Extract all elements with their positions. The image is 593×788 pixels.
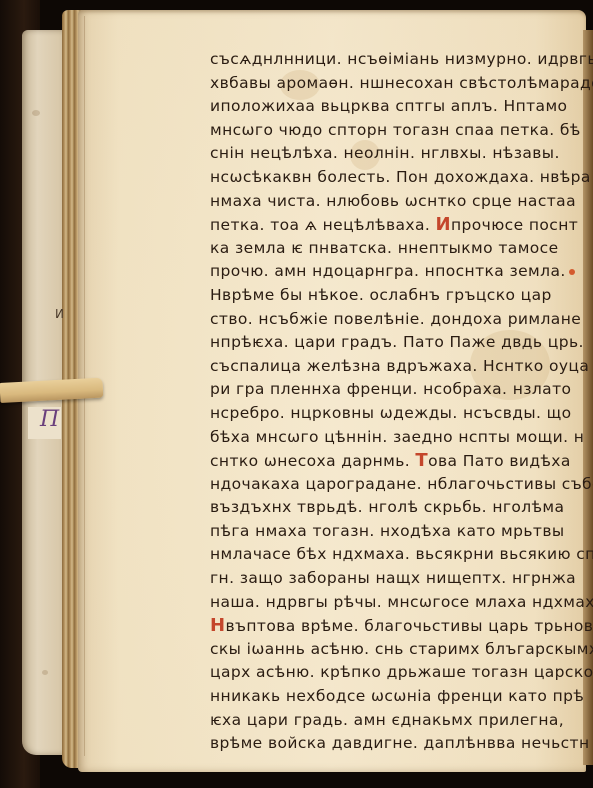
text-line: гн. защо забораны нащх нищептх. нгрнжа bbox=[210, 567, 570, 591]
text-line: ндочакаха цароградане. нблагочьстивы съб… bbox=[210, 473, 570, 497]
text-segment: прочюсе поснт bbox=[451, 216, 578, 234]
text-line: снін нецѣлѣха. неолнін. нглвхы. нѣзавы. bbox=[210, 142, 570, 166]
text-line: Нвъптова врѣме. благочьстивы царь трьнов bbox=[210, 614, 570, 638]
text-line: пѣга нмаха тогазн. нходѣха като мрьтвы bbox=[210, 520, 570, 544]
text-line: снтко ѡнесоха дарнмь. Това Пато видѣха bbox=[210, 449, 570, 473]
text-line: наша. ндрвгы рѣчы. мнсѡгосе млаха ндхмах… bbox=[210, 591, 570, 615]
text-line: иположихаа вьцрква сптгы аплъ. Нптамо bbox=[210, 95, 570, 119]
red-initial: Т bbox=[415, 450, 428, 471]
text-line: скы іѡаннь асѣню. снь старимх блъгарскым… bbox=[210, 638, 570, 662]
text-line: нникакь нехбодсе ѡсѡніа френци като прѣ bbox=[210, 685, 570, 709]
text-line: нпрѣѥха. цари градъ. Пато Паже двдь црь. bbox=[210, 331, 570, 355]
text-line: бѣха мнсѡго цѣннін. заедно нспты мощи. н bbox=[210, 426, 570, 450]
manuscript-photo: И П съсѧднлнници. нсъѳіміань низмурно. и… bbox=[0, 0, 593, 788]
text-line: хвбавы аромаѳн. ншнесохан свѣстолѣмарадо… bbox=[210, 72, 570, 96]
text-line: нсѡсѣкаквн болесть. Пон дохождаха. нвѣра bbox=[210, 166, 570, 190]
text-line: ка земла ѥ пнватска. ннептыкмо тамосе bbox=[210, 237, 570, 261]
text-line: врѣме войска давдигне. даплѣнвва нечьстн bbox=[210, 732, 570, 756]
text-line: ѥха цари градь. амн єднакьмх прилегна, bbox=[210, 709, 570, 733]
text-segment: прочю. амн ндоцарнгра. нпоснтка земла. bbox=[210, 262, 566, 280]
red-initial: Н bbox=[210, 615, 225, 636]
text-line: въздъхнх тврьдѣ. нголѣ скрьбь. нголѣма bbox=[210, 496, 570, 520]
text-line: съсѧднлнници. нсъѳіміань низмурно. идрвг… bbox=[210, 48, 570, 72]
text-line: ри гра пленнха френци. нсобраха. нзлато bbox=[210, 378, 570, 402]
text-line: съспалица желѣзна вдръжаха. Нснтко оуца bbox=[210, 355, 570, 379]
shelf-label: П bbox=[28, 407, 61, 439]
text-block: съсѧднлнници. нсъѳіміань низмурно. идрвг… bbox=[210, 48, 570, 756]
text-line: Нврѣме бы нѣкое. ослабнъ гръцско цар bbox=[210, 284, 570, 308]
text-segment: въптова врѣме. благочьстивы царь трьнов bbox=[225, 617, 593, 635]
text-line: мнсѡго чюдо спторн тогазн спаа петка. бѣ bbox=[210, 119, 570, 143]
text-line: петка. тоа ѧ нецѣлѣваха. Ипрочюсе поснт bbox=[210, 213, 570, 237]
text-segment: петка. тоа ѧ нецѣлѣваха. bbox=[210, 216, 430, 234]
edge-mark: И bbox=[55, 307, 64, 321]
text-line: нмаха чиста. нлюбовь ѡснтко срце настаа bbox=[210, 190, 570, 214]
red-punctuation-dot bbox=[569, 269, 575, 275]
text-segment: снтко ѡнесоха дарнмь. bbox=[210, 452, 410, 470]
text-segment: ова Пато видѣха bbox=[428, 452, 571, 470]
red-initial: И bbox=[436, 214, 451, 235]
text-line: царх асѣню. крѣпко дрьжаше тогазн царско… bbox=[210, 661, 570, 685]
text-line: прочю. амн ндоцарнгра. нпоснтка земла. bbox=[210, 260, 570, 284]
text-line: нсребро. нцрковны ѡдежды. нсъсвды. що bbox=[210, 402, 570, 426]
shelf-label-text: П bbox=[40, 407, 59, 432]
text-line: ство. нсъбжіе повелѣніе. дондоха римлане bbox=[210, 308, 570, 332]
text-line: нмлачасе бѣх ндхмаха. вьсякрни вьсякию с… bbox=[210, 543, 570, 567]
